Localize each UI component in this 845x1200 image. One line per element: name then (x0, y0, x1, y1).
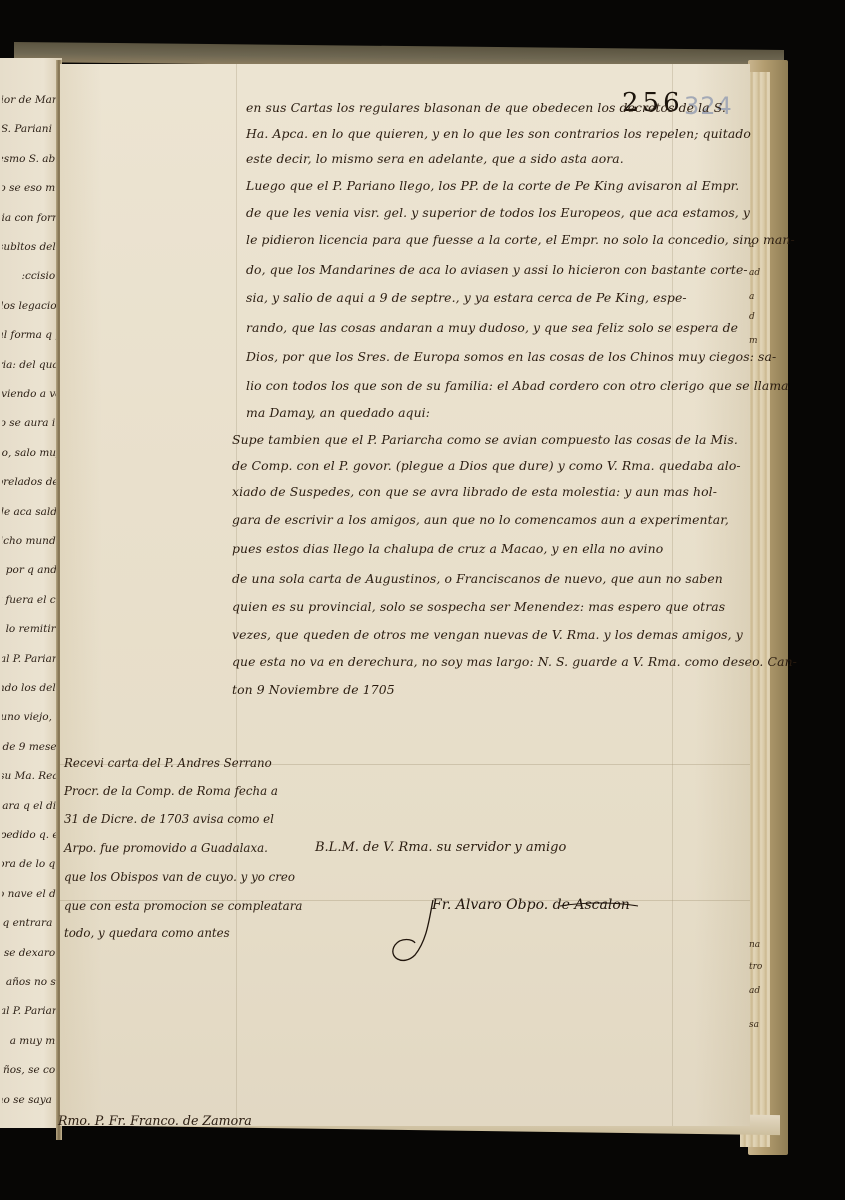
left-page-fragment: r de aca saldr (2, 506, 62, 518)
left-page-fragment: P. Prior de Mani (2, 94, 62, 106)
margin-note-line: 31 de Dicre. de 1703 avisa como el (64, 812, 274, 826)
text-line: este decir, lo mismo sera en adelante, q… (246, 151, 624, 166)
margin-note-line: Recevi carta del P. Andres Serrano (64, 756, 272, 770)
addressee: Rmo. P. Fr. Franco. de Zamora (58, 1113, 252, 1128)
signature-flourish-icon (385, 895, 445, 965)
left-page-fragment: no se eso mu (2, 182, 62, 194)
left-page-fragment: ando los dela (2, 682, 62, 694)
text-line: ma Damay, an quedado aqui: (246, 405, 430, 420)
text-line: le pidieron licencia para que fuesse a l… (246, 232, 795, 247)
edge-letter: ad (749, 268, 760, 278)
left-page-fragment: mesmo S. abu (2, 153, 62, 165)
edge-letter: ad (749, 986, 760, 996)
text-line: de una sola carta de Augustinos, o Franc… (232, 571, 723, 586)
text-line: gara de escrivir a los amigos, aun que n… (232, 512, 729, 527)
left-page-fragment: r, por q andr (2, 564, 62, 576)
left-page-fragment: los prelados del (2, 476, 62, 488)
left-page-fragment: a muy mu (2, 1035, 62, 1047)
text-line: Dios, por que los Sres. de Europa somos … (246, 349, 776, 364)
text-line: pues estos dias llego la chalupa de cruz… (232, 541, 663, 556)
text-line: quien es su provincial, solo se sospecha… (232, 599, 725, 614)
left-page-fragment: para q el dic (2, 800, 62, 812)
text-line: do, que los Mandarines de aca lo aviasen… (246, 262, 748, 277)
left-page-fragment: ora de lo qu (2, 858, 62, 870)
closing-formula: B.L.M. de V. Rma. su servidor y amigo (315, 840, 566, 855)
left-page-fragment: lo remitira (2, 623, 62, 635)
text-line: xiado de Suspedes, con que se avra libra… (232, 484, 717, 499)
left-page-fragment: uno viejo, q (2, 711, 62, 723)
paper-fold-vertical (236, 64, 237, 1126)
text-line: sia, y salio de aqui a 9 de septre., y y… (246, 290, 687, 305)
text-line: lio con todos los que son de su familia:… (246, 378, 789, 393)
text-line: Supe tambien que el P. Pariarcha como se… (232, 432, 738, 447)
signature-underline-icon (560, 898, 640, 912)
text-line: ton 9 Noviembre de 1705 (232, 682, 395, 697)
left-page-fragment: ccision: (2, 270, 62, 282)
edge-letter: sa (749, 1020, 759, 1030)
margin-note-line: que los Obispos van de cuyo. y yo creo (64, 870, 295, 884)
text-line: de que les venia visr. gel. y superior d… (246, 205, 750, 220)
text-line: rando, que las cosas andaran a muy dudos… (246, 320, 738, 335)
text-line: de Comp. con el P. govor. (plegue a Dios… (232, 458, 741, 473)
margin-note-line: todo, y quedara como antes (64, 926, 230, 940)
margin-note-line: que con esta promocion se compleatara (64, 899, 302, 913)
text-line: que esta no va en derechura, no soy mas … (232, 654, 797, 669)
left-page-fragment: a de 9 meses (2, 741, 62, 753)
left-page-fragment: no se saya q (2, 1094, 62, 1106)
edge-letter: a (749, 292, 754, 302)
left-page-fragment: ral forma q p (2, 329, 62, 341)
left-page-fragment: nno, salo muy (2, 447, 62, 459)
left-page-fragment: años no se (2, 976, 62, 988)
text-line: vezes, que queden de otros me vengan nue… (232, 627, 743, 642)
left-page-fragment: n los legacios (2, 300, 62, 312)
left-page-fragment: y fuera el co (2, 594, 62, 606)
left-page-fragment: pedido q. el (2, 829, 62, 841)
edge-letter: a (749, 240, 754, 250)
left-page-fragment: lo viendo a vd. (2, 388, 62, 400)
left-page-fragment: el del S. Pariani q. (2, 123, 62, 135)
left-page-fragment: lo nave el de (2, 888, 62, 900)
margin-note-line: Procr. de la Comp. de Roma fecha a (64, 784, 278, 798)
left-page-fragment: q entrara o (2, 917, 62, 929)
left-page-fragment: el dicho mundo (2, 535, 62, 547)
paper-fold-vertical (672, 64, 673, 1126)
left-page-fragment: se dexaron (2, 947, 62, 959)
left-page-fragment: andaria con form (2, 212, 62, 224)
left-page-fragment: no se aura in (2, 417, 62, 429)
edge-letter: m (749, 336, 758, 346)
left-page: P. Prior de Maniel del S. Pariani q.mesm… (0, 58, 62, 1128)
edge-letter: tro (749, 962, 762, 972)
edge-letter: d (749, 312, 755, 322)
text-line: Ha. Apca. en lo que quieren, y en lo que… (246, 126, 751, 141)
margin-note-line: Arpo. fue promovido a Guadalaxa. (64, 841, 268, 855)
text-line: Luego que el P. Pariano llego, los PP. d… (246, 178, 739, 193)
text-line: en sus Cartas los regulares blasonan de … (246, 100, 726, 115)
manuscript-page (60, 64, 750, 1126)
left-page-fragment: al P. Pariani (2, 653, 62, 665)
left-page-fragment: al P. Pariani (2, 1005, 62, 1017)
left-page-fragment: ndaria: del qual (2, 359, 62, 371)
edge-letter: na (749, 940, 760, 950)
left-page-fragment: ños, se con (2, 1064, 62, 1076)
left-page-fragment: s subltos dela (2, 241, 62, 253)
left-page-fragment: q su Ma. Real (2, 770, 62, 782)
